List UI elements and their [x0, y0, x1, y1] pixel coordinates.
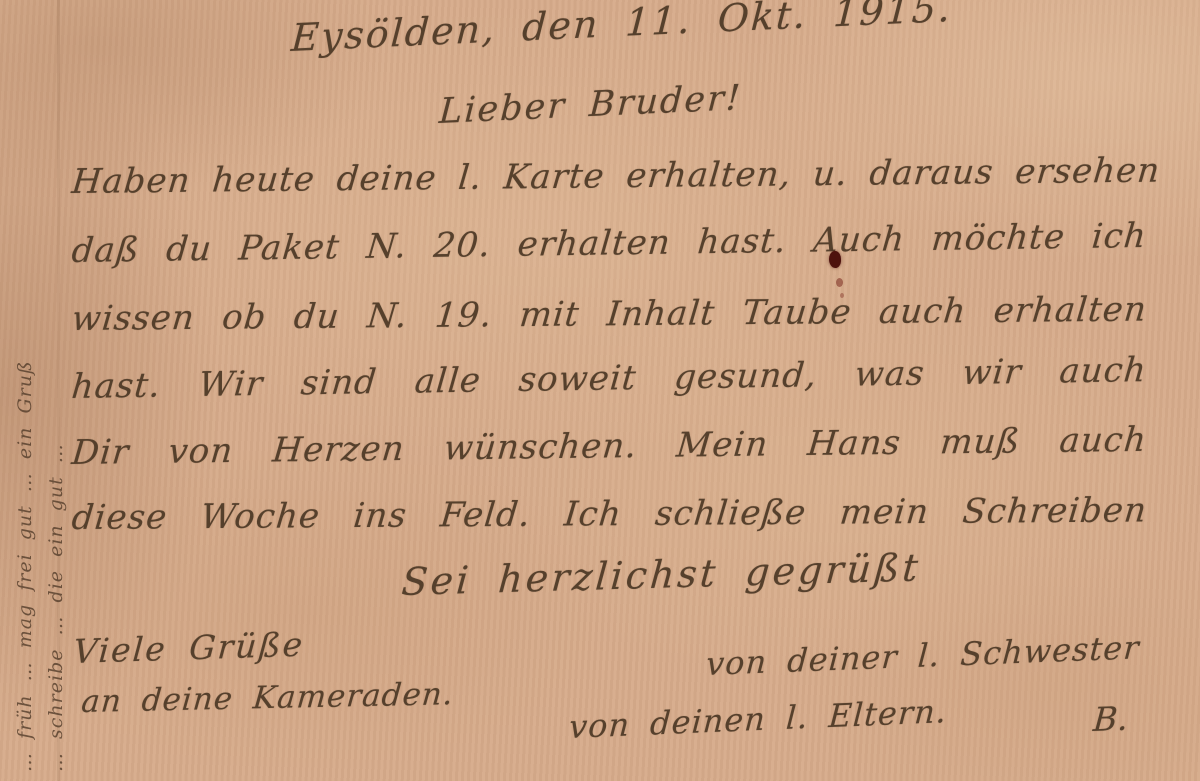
salutation: Lieber Bruder!: [438, 78, 743, 132]
closing-line: Sei herzlichst gegrüßt: [400, 545, 922, 604]
body-line: diese Woche ins Feld. Ich schließe mein …: [70, 490, 1149, 538]
body-line: hast. Wir sind alle soweit gesund, was w…: [70, 350, 1148, 407]
ink-blot-speck: [840, 293, 844, 298]
body-line: Haben heute deine l. Karte erhalten, u. …: [70, 151, 1149, 202]
ink-blot: [829, 251, 841, 268]
signature-initial: B.: [1092, 699, 1129, 739]
ink-blot-drip: [836, 278, 843, 287]
signature-sister: von deiner l. Schwester: [705, 628, 1141, 683]
body-line: daß du Paket N. 20. erhalten hast. Auch …: [70, 216, 1149, 271]
margin-note: … früh … mag frei gut … ein Gruß … schre…: [10, 27, 72, 772]
dateline: Eysölden, den 11. Okt. 1915.: [290, 0, 953, 60]
margin-note-line: … früh … mag frei gut … ein Gruß: [10, 27, 41, 772]
postcard-paper: Eysölden, den 11. Okt. 1915. Lieber Brud…: [0, 0, 1200, 781]
signature-parents: von deinen l. Eltern.: [568, 692, 948, 746]
body-line: Dir von Herzen wünschen. Mein Hans muß a…: [70, 420, 1149, 473]
greetings-line-1: Viele Grüße: [72, 625, 306, 671]
body-line: wissen ob du N. 19. mit Inhalt Taube auc…: [70, 290, 1149, 339]
greetings-line-2: an deine Kameraden.: [80, 676, 455, 720]
margin-note-line: … schreibe … die ein gut …: [41, 27, 72, 772]
